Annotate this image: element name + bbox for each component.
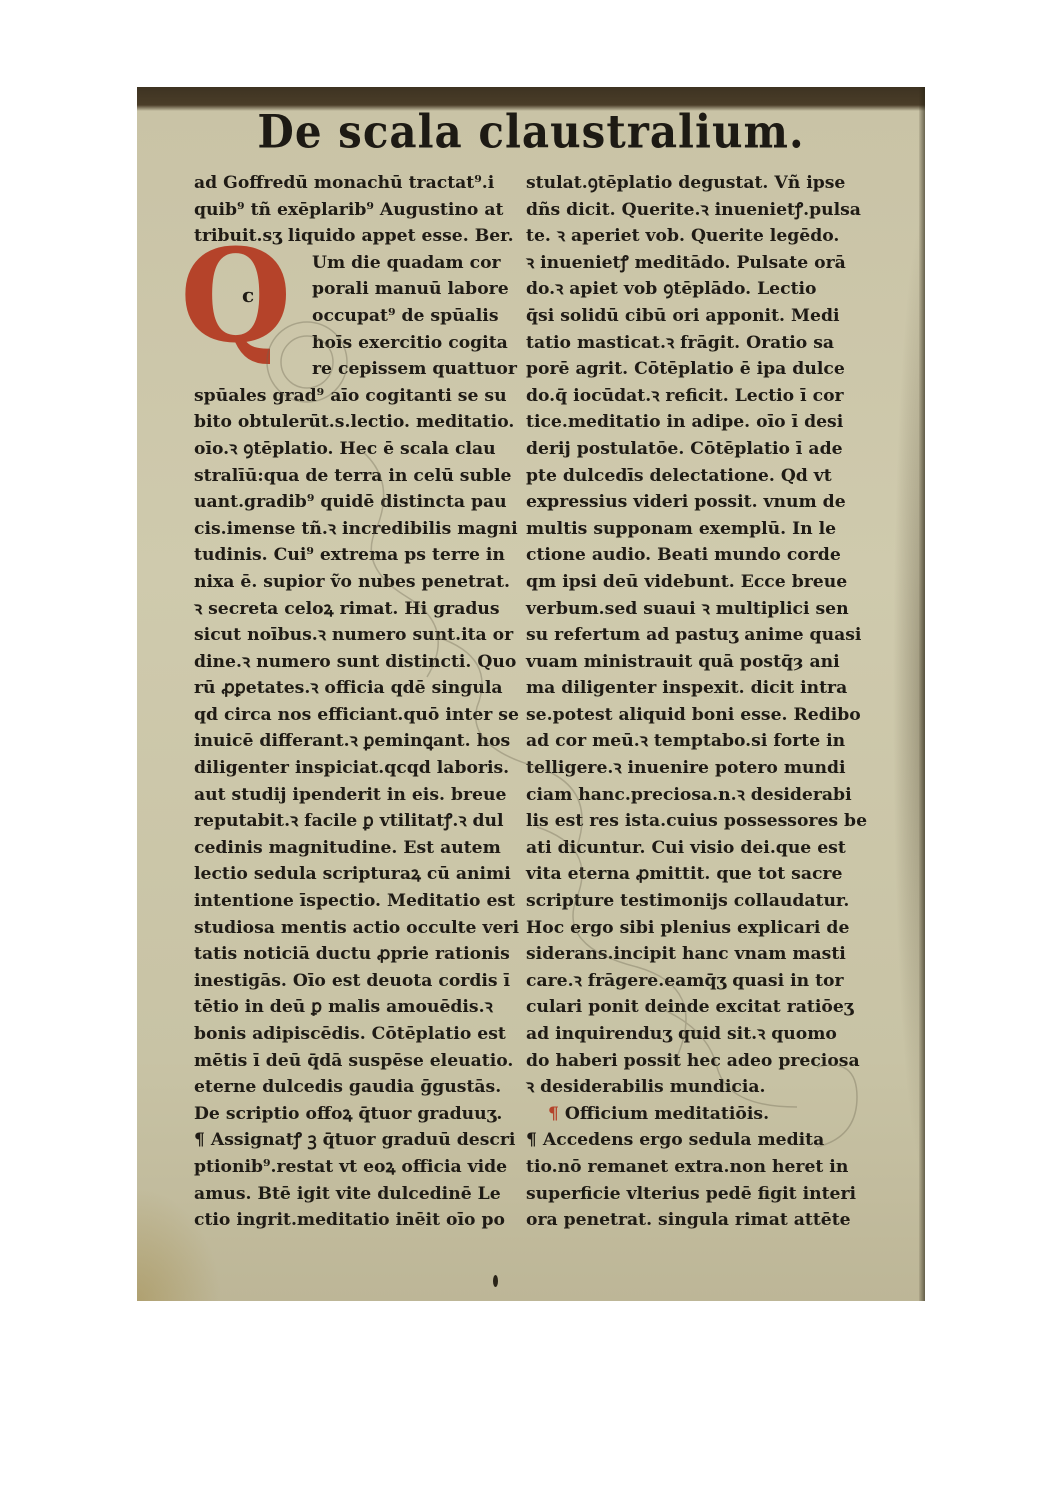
text-line: superficie vlterius pedē figit interi [526, 1181, 856, 1208]
text-line: ciam hanc.preciosa.n.ꝛ desiderabi [526, 782, 856, 809]
text-line: Hoc ergo sibi plenius explicari de [526, 915, 856, 942]
text-line: do.q̄ iocūdat.ꝛ reficit. Lectio ī cor [526, 383, 856, 410]
text-line: uant.gradib⁹ quidē distincta pau [194, 489, 519, 516]
text-line: do.ꝛ apiet vob ꝯtēplādo. Lectio [526, 276, 856, 303]
text-line: qm ipsi deū videbunt. Ecce breue [526, 569, 856, 596]
page-edge-shadow [919, 87, 925, 1301]
text-line: porali manuū labore [194, 276, 519, 303]
text-line: nixa ē. supior ṽo nubes penetrat. [194, 569, 519, 596]
text-line: care.ꝛ frāgere.eamq̄ʒ quasi in tor [526, 968, 856, 995]
text-line: qd circa nos efficiant.quō inter se [194, 702, 519, 729]
text-line: ma diligenter inspexit. dicit intra [526, 675, 856, 702]
text-line: se.potest aliquid boni esse. Redibo [526, 702, 856, 729]
text-line: scripture testimonijs collaudatur. [526, 888, 856, 915]
text-line: stralīū:qua de terra in celū suble [194, 463, 519, 490]
page-title: De scala claustralium. [137, 105, 925, 159]
text-line: aut studij ipenderit in eis. breue [194, 782, 519, 809]
text-line: rū ꝓꝑetates.ꝛ officia qdē singula [194, 675, 519, 702]
text-line: cis.imense tñ.ꝛ incredibilis magni [194, 516, 519, 543]
text-line: studiosa mentis actio occulte veri [194, 915, 519, 942]
text-line: tice.meditatio in adipe. oīo ī desi [526, 409, 856, 436]
text-line: ad inquirenduʒ quid sit.ꝛ quomo [526, 1021, 856, 1048]
scanned-page: De scala claustralium. Q c ad Goffredū m… [137, 87, 925, 1301]
text-line: tio.nō remanet extra.non heret in [526, 1154, 856, 1181]
text-line: ati dicuntur. Cui visio dei.que est [526, 835, 856, 862]
text-line: re cepissem quattuor [194, 356, 519, 383]
text-line: culari ponit deinde excitat ratiōeʒ [526, 994, 856, 1021]
text-line: verbum.sed suaui ꝛ multiplici sen [526, 596, 856, 623]
text-line: quib⁹ tñ exēplarib⁹ Augustino at [194, 197, 519, 224]
text-line: telligere.ꝛ inuenire potero mundi [526, 755, 856, 782]
text-line: ꝛ inuenietꝭ meditādo. Pulsate orā [526, 250, 856, 277]
text-line: spūales grad⁹ aīo cogitanti se su [194, 383, 519, 410]
text-line: sicut noībus.ꝛ numero sunt.ita or [194, 622, 519, 649]
text-line: do haberi possit hec adeo preciosa [526, 1048, 856, 1075]
text-line: tribuit.sʒ liquido appet esse. Ber. [194, 223, 519, 250]
text-line: ¶ Assignatꝭ ꝫ q̄tuor graduū descri [194, 1127, 519, 1154]
text-line: dñs dicit. Querite.ꝛ inuenietꝭ.pulsa [526, 197, 856, 224]
ink-mark [493, 1275, 498, 1287]
text-line: cedinis magnitudine. Est autem [194, 835, 519, 862]
text-line: amus. Btē igit vite dulcedinē Le [194, 1181, 519, 1208]
text-line: ꝛ secreta celoꝝ rimat. Hi gradus [194, 596, 519, 623]
text-line: ¶ Accedens ergo sedula medita [526, 1127, 856, 1154]
section-heading: De scriptio offoꝝ q̄tuor graduuʒ. [194, 1101, 519, 1128]
red-pilcrow-icon: ¶ [548, 1104, 559, 1124]
text-line: porē agrit. Cōtēplatio ē ipa dulce [526, 356, 856, 383]
text-line: lis est res ista.cuius possessores be [526, 808, 856, 835]
text-line: dine.ꝛ numero sunt distincti. Quo [194, 649, 519, 676]
text-line: ora penetrat. singula rimat attēte [526, 1207, 856, 1234]
text-line: tatis noticiā ductu ꝓprie rationis [194, 941, 519, 968]
text-line: bonis adipiscēdis. Cōtēplatio est [194, 1021, 519, 1048]
text-line: eterne dulcedis gaudia ḡgustās. [194, 1074, 519, 1101]
text-line: q̄si solidū cibū ori apponit. Medi [526, 303, 856, 330]
text-line: reputabit.ꝛ facile ꝑ vtilitatꝭ.ꝛ dul [194, 808, 519, 835]
text-line: Um die quadam cor [194, 250, 519, 277]
text-line: ptionib⁹.restat vt eoꝝ officia vide [194, 1154, 519, 1181]
text-line: vita eterna ꝓmittit. que tot sacre [526, 861, 856, 888]
text-line: ꝛ desiderabilis mundicia. [526, 1074, 856, 1101]
text-line: oīo.ꝛ ꝯtēplatio. Hec ē scala clau [194, 436, 519, 463]
text-line: ad cor meū.ꝛ temptabo.si forte in [526, 728, 856, 755]
text-line: hoīs exercitio cogita [194, 330, 519, 357]
text-line: bito obtulerūt.s.lectio. meditatio. [194, 409, 519, 436]
text-line: intentione īspectio. Meditatio est [194, 888, 519, 915]
text-line: siderans.incipit hanc vnam masti [526, 941, 856, 968]
text-line: derij postulatōe. Cōtēplatio ī ade [526, 436, 856, 463]
text-line: pte dulcedīs delectatione. Qd vt [526, 463, 856, 490]
text-line: te. ꝛ aperiet vob. Querite legēdo. [526, 223, 856, 250]
section-heading: ¶ Officium meditatiōis. [526, 1101, 856, 1128]
text-line: tētio in deū ꝑ malis amouēdis.ꝛ [194, 994, 519, 1021]
section-heading-text: Officium meditatiōis. [565, 1104, 769, 1124]
text-line: tudinis. Cui⁹ extrema ps terre in [194, 542, 519, 569]
text-line: vuam ministrauit quā postq̄ȝ ani [526, 649, 856, 676]
text-line: tatio masticat.ꝛ frāgit. Oratio sa [526, 330, 856, 357]
text-line: ad Goffredū monachū tractat⁹.i [194, 170, 519, 197]
text-line: ctio ingrit.meditatio inēit oīo po [194, 1207, 519, 1234]
text-line: diligenter inspiciat.qcqd laboris. [194, 755, 519, 782]
text-line: expressius videri possit. vnum de [526, 489, 856, 516]
text-line: inuicē differant.ꝛ ꝑeminꝗant. hos [194, 728, 519, 755]
right-column: stulat.ꝯtēplatio degustat. Vñ ipse dñs d… [526, 170, 856, 1234]
text-line: su refertum ad pastuʒ anime quasi [526, 622, 856, 649]
text-line: lectio sedula scripturaꝝ cū animi [194, 861, 519, 888]
text-line: mētis ī deū q̄dā suspēse eleuatio. [194, 1048, 519, 1075]
text-line: occupat⁹ de spūalis [194, 303, 519, 330]
text-line: ctione audio. Beati mundo corde [526, 542, 856, 569]
text-line: multis supponam exemplū. In le [526, 516, 856, 543]
left-column: ad Goffredū monachū tractat⁹.i quib⁹ tñ … [194, 170, 519, 1234]
text-line: inestigās. Oīo est deuota cordis ī [194, 968, 519, 995]
text-line: stulat.ꝯtēplatio degustat. Vñ ipse [526, 170, 856, 197]
